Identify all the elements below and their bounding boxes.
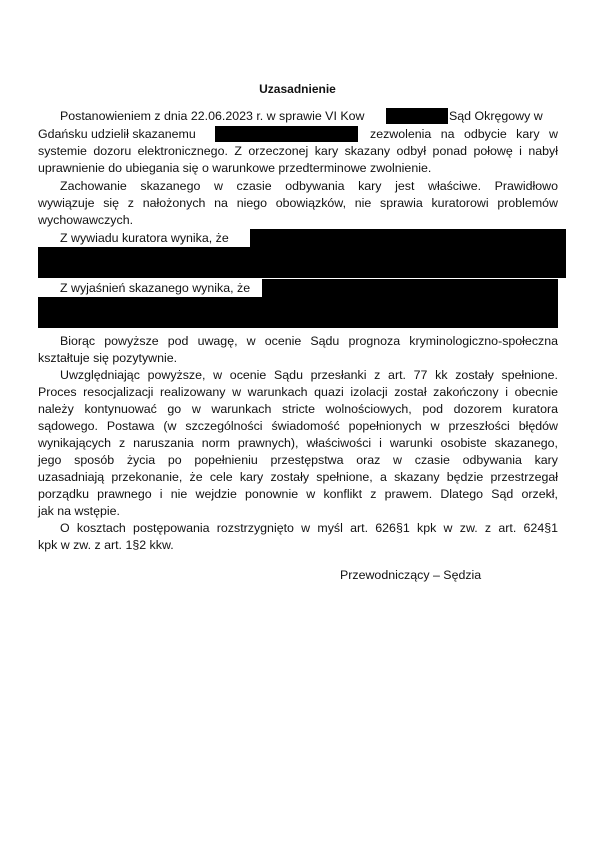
text-line: kształtuje się pozytywnie. — [38, 350, 558, 367]
redaction-box — [38, 297, 558, 328]
text-line: należy kontynuować go w warunkach strict… — [38, 401, 558, 418]
text-line: uprawnienie do ubiegania się o warunkowe… — [38, 160, 558, 177]
text-line: kpk w zw. z art. 1§2 kkw. — [38, 537, 558, 554]
text-line: Zachowanie skazanego w czasie odbywania … — [60, 178, 558, 195]
text-line: jego sposób życia po popełnieniu przestę… — [38, 452, 558, 469]
signature-line: Przewodniczący – Sędzia — [340, 568, 481, 582]
text-line: systemie dozoru elektronicznego. Z orzec… — [38, 143, 558, 160]
text-line: porządku prawnego i nie wejdzie ponownie… — [38, 486, 558, 503]
text-line: Sąd Okręgowy w — [449, 108, 543, 125]
text-line: wynikających z naruszania norm prawnych)… — [38, 435, 558, 452]
text-line: Biorąc powyższe pod uwagę, w ocenie Sądu… — [60, 333, 558, 350]
text-line: jak na wstępie. — [38, 503, 558, 520]
text-line: O kosztach postępowania rozstrzygnięto w… — [60, 520, 558, 537]
redaction-box — [386, 108, 448, 124]
document-title: Uzasadnienie — [0, 82, 595, 96]
text-line: Proces resocjalizacji realizowany w waru… — [38, 384, 558, 401]
text-line: zezwolenia na odbycie kary w — [370, 126, 558, 143]
text-line: wychowawczych. — [38, 212, 558, 229]
redaction-box — [250, 229, 566, 248]
text-line: wywiązuje się z nałożonych na niego obow… — [38, 195, 558, 212]
text-line: Uwzględniając powyższe, w ocenie Sądu pr… — [60, 367, 558, 384]
redaction-box — [38, 247, 566, 278]
document-page: Uzasadnienie Postanowieniem z dnia 22.06… — [0, 0, 595, 842]
text-line: sądowego. Postawa (w szczególności świad… — [38, 418, 558, 435]
redaction-box — [215, 126, 358, 142]
redaction-box — [262, 279, 558, 298]
text-line: uzasadniają przekonanie, że cele kary zo… — [38, 469, 558, 486]
